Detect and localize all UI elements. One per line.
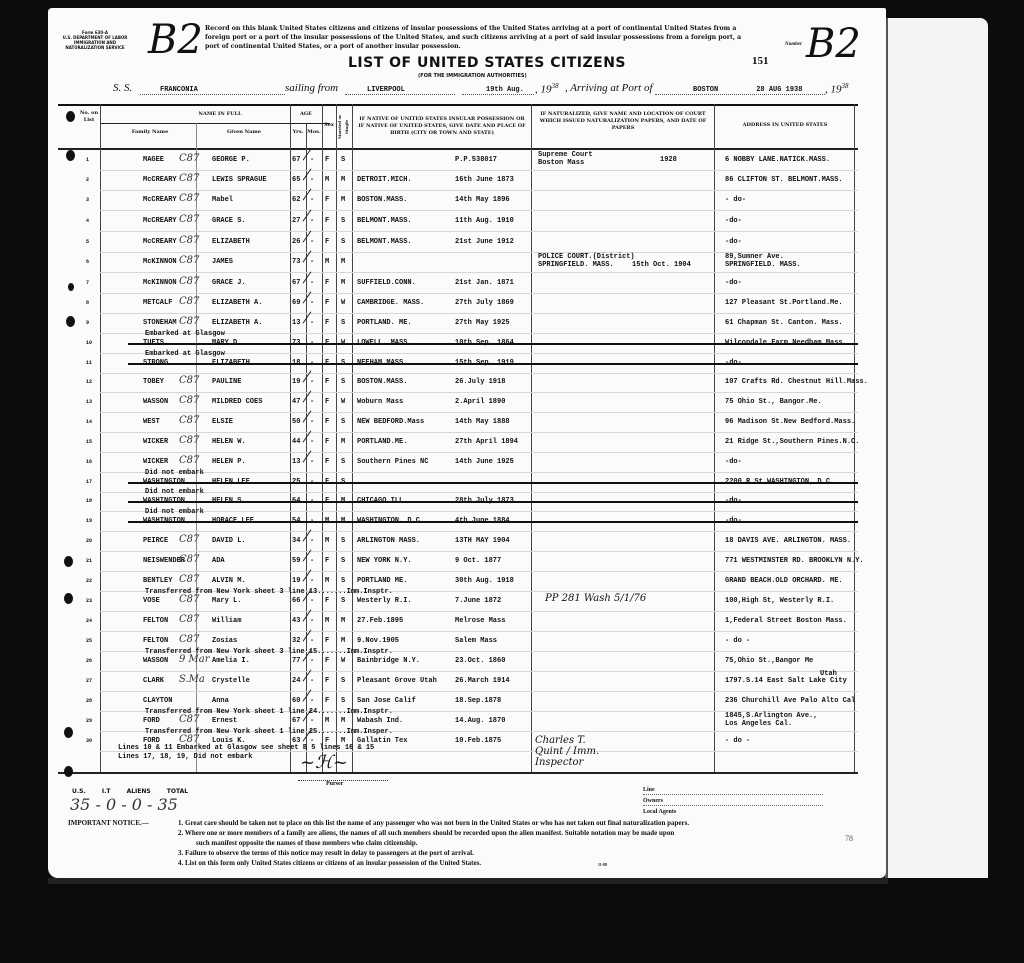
row-rule [100,170,858,171]
row-rule [100,272,858,273]
given-name: ELIZABETH [212,238,250,246]
col-header-family-name: Family Name [105,129,195,136]
age-years: 65 [292,176,300,184]
table-bottom-border [58,772,858,774]
marital-status: M [341,258,345,266]
row-rule [100,412,858,413]
sex: F [325,637,329,645]
family-name: CLARK [143,677,164,685]
arriving-label: , Arriving at Port of [565,82,653,94]
birth-date: 14th May 1888 [455,418,510,426]
sex: F [325,319,329,327]
family-name: McKINNON [143,258,177,266]
notice-item-2-cont: such manifest opposite the names of thos… [196,838,796,848]
marital-status: S [341,458,345,466]
given-name: LEWIS SPRAGUE [212,176,267,184]
line-number: 30 [86,738,92,744]
family-name: PEIRCE [143,537,168,545]
line-number: 4 [86,218,89,224]
sex: F [325,156,329,164]
marital-status: S [341,677,345,685]
col-header-married-single: Married or Single [336,108,352,146]
col-header-no: No. on List [78,110,100,124]
age-months: - [310,258,314,266]
handwritten-mark: C87 [179,554,199,565]
table-row: 21NEISWENDERC87ADA59-FSNEW YORK N.Y.9 Oc… [60,557,860,575]
line-number: 20 [86,538,92,544]
birth-date: 27th April 1894 [455,438,518,446]
handwritten-mark: C87 [179,214,199,225]
family-name: TOBEY [143,378,164,386]
line-number: 9 [86,320,89,326]
strikethrough-line [128,501,858,503]
handwritten-mark: C87 [179,173,199,184]
us-address: GRAND BEACH.OLD ORCHARD. ME. [725,577,843,585]
row-annotation: Did not embark [145,469,204,477]
line-number: 12 [86,379,92,385]
row-rule [100,313,858,314]
page-subtitle: (FOR THE IMMIGRATION AUTHORITIES) [418,73,527,79]
birth-place: San Jose Calif [357,697,416,705]
sex: F [325,677,329,685]
agency-line-3: NATURALIZATION SERVICE [60,45,130,50]
notice-item-4: 4. List on this form only United States … [178,858,778,868]
sex: F [325,238,329,246]
age-months: - [310,378,314,386]
birth-date: 16th June 1873 [455,176,514,184]
line-number: 7 [86,280,89,286]
age-months: - [310,597,314,605]
birth-date: 10.Feb.1875 [455,737,501,745]
handwritten-mark: C87 [179,435,199,446]
us-address: - do - [725,637,750,645]
sail-year: , 1938 [535,82,559,96]
age-years: 77 [292,657,300,665]
sheet-shadow [48,878,888,884]
line-number: 27 [86,678,92,684]
table-row: 14WESTC87ELSIE50-FSNEW BEDFORD.Mass14th … [60,418,860,436]
line-field: Line [643,786,823,795]
us-address: 100,High St, Westerly R.I. [725,597,834,605]
family-name: McCREARY [143,238,177,246]
sex: F [325,398,329,406]
given-name: William [212,617,241,625]
birth-date: 23.Oct. 1860 [455,657,505,665]
given-name: ELIZABETH A. [212,299,262,307]
marital-status: S [341,319,345,327]
handwritten-mark: C87 [179,634,199,645]
given-name: JAMES [212,258,233,266]
family-name: WASSON [143,398,168,406]
marital-status: M [341,637,345,645]
sex: M [325,617,329,625]
row-annotation: Embarked at Glasgow [145,350,225,358]
col-header-name: NAME IN FULL [160,111,280,118]
line-number: 2 [86,177,89,183]
age-years: 32 [292,637,300,645]
age-years: 24 [292,677,300,685]
birth-date: 7.June 1872 [455,597,501,605]
col-header-naturalized: IF NATURALIZED, GIVE NAME AND LOCATION O… [535,111,711,132]
handwritten-mark: C87 [179,153,199,164]
row-rule [100,231,858,232]
inspector-signature: Charles T. Quint / Imm. Inspector [535,735,615,768]
table-row: 19WASHINGTONHORACE LEE54-MMWASHINGTON. D… [60,517,860,535]
row-annotation: Transferred from New York sheet 3 line 1… [145,588,393,596]
naturalization-court: POLICE COURT.(District) [538,253,635,261]
family-name: CLAYTON [143,697,172,705]
form-code: 11-88 [598,862,607,867]
sex: F [325,458,329,466]
birth-place: PORTLAND. ME. [357,319,412,327]
birth-place: ARLINGTON MASS. [357,537,420,545]
age-months: - [310,697,314,705]
us-address: 18 DAVIS AVE. ARLINGTON. MASS. [725,537,851,545]
birth-place: Wabash Ind. [357,717,403,725]
row-rule [100,531,858,532]
row-annotation: Did not embark [145,508,204,516]
naturalization-date: 1928 [660,156,677,164]
handwritten-mark: C87 [179,255,199,266]
age-months: - [310,438,314,446]
family-name: MAGEE [143,156,164,164]
family-name: VOSE [143,597,160,605]
given-name: Amelia I. [212,657,250,665]
line-number: 3 [86,197,89,203]
line-number: 18 [86,498,92,504]
birth-date: 2.April 1890 [455,398,505,406]
birth-place: PORTLAND.ME. [357,438,407,446]
birth-place: Westerly R.I. [357,597,412,605]
line-number: 25 [86,638,92,644]
handwritten-mark: C87 [179,395,199,406]
strikethrough-line [128,363,858,365]
row-rule [100,492,858,493]
given-name: ALVIN M. [212,577,246,585]
line-number: 1 [86,157,89,163]
departure-port: LIVERPOOL [345,86,455,95]
line-number: 15 [86,439,92,445]
footer-note-2: Lines 17, 18, 19, Did not embark [118,753,252,761]
birth-date: 11th Aug. 1910 [455,217,514,225]
age-years: 66 [292,597,300,605]
binder-hole [66,150,75,161]
age-years: 13 [292,458,300,466]
row-rule [100,432,858,433]
naturalization-court: PP 281 Wash 5/1/76 [545,593,646,604]
us-address: 107 Crafts Rd. Chestnut Hill.Mass. [725,378,868,386]
age-months: - [310,299,314,307]
age-header-divider [276,123,324,124]
age-months: - [310,279,314,287]
footer-note-1: Lines 10 & 11 Embarked at Glasgow see sh… [118,744,374,752]
birth-place: 9.Nov.1905 [357,637,399,645]
ship-name: FRANCONIA [140,86,285,95]
line-number: 21 [86,558,92,564]
us-address: -do- [725,279,742,287]
age-months: - [310,217,314,225]
us-address: 771 WESTMINSTER RD. BROOKLYN N.Y. [725,557,864,565]
marital-status: S [341,217,345,225]
family-name: WASSON [143,657,168,665]
line-number: 17 [86,479,92,485]
age-years: 43 [292,617,300,625]
notice-heading: IMPORTANT NOTICE.— [68,818,149,828]
agency-block: Form 630-A U.S. DEPARTMENT OF LABOR IMMI… [60,30,130,50]
birth-place: 27.Feb.1895 [357,617,403,625]
age-years: 69 [292,299,300,307]
line-number: 29 [86,718,92,724]
row-annotation: Transferred from New York sheet 3 line 1… [145,648,393,656]
row-rule [100,691,858,692]
birth-place: SUFFIELD.CONN. [357,279,416,287]
birth-date: 30th Aug. 1918 [455,577,514,585]
handwritten-mark: C87 [179,455,199,466]
sailing-from-label: sailing from [285,82,338,94]
table-row: 4McCREARYC87GRACE S.27-FSBELMONT.MASS.11… [60,217,860,235]
table-row: 3McCREARYC87Mabel62-FMBOSTON.MASS.14th M… [60,196,860,214]
age-months: - [310,717,314,725]
page-title: LIST OF UNITED STATES CITIZENS [348,55,626,71]
sex: F [325,418,329,426]
handwritten-mark: C87 [179,574,199,585]
age-years: 44 [292,438,300,446]
us-address: 89,Sumner Ave. [725,253,784,261]
marital-status: M [341,717,345,725]
table-row: 15WICKERC87HELEN W.44-FMPORTLAND.ME.27th… [60,438,860,456]
us-address: - do - [725,737,750,745]
age-months: - [310,398,314,406]
line-number: 13 [86,399,92,405]
line-number: 26 [86,658,92,664]
us-address-line-2: Los Angeles Cal. [725,720,792,728]
table-row: 24FELTONC87William43-MM27.Feb.1895Melros… [60,617,860,635]
age-years: 67 [292,717,300,725]
line-number: 16 [86,459,92,465]
family-name: STONEHAM [143,319,177,327]
tally-values: 35 - 0 - 0 - 35 [70,795,178,814]
birth-date: 18.Sep.1878 [455,697,501,705]
birth-date: 9 Oct. 1877 [455,557,501,565]
birth-date: Salem Mass [455,637,497,645]
sheet-mark-left: B2 [148,18,203,62]
sex: F [325,597,329,605]
given-name: HELEN W. [212,438,246,446]
handwritten-mark: S.Ma [179,674,205,685]
sex: M [325,176,329,184]
age-months: - [310,617,314,625]
given-name: Ernest [212,717,237,725]
ss-label: S. S. [113,82,132,94]
line-number: 19 [86,518,92,524]
record-instructions: Record on this blank United States citiz… [205,24,745,51]
naturalization-court: Supreme Court [538,151,593,159]
binder-hole [64,556,73,567]
binder-hole [64,766,73,777]
given-name: Mabel [212,196,233,204]
sheet-mark-right: B2 [806,22,861,66]
age-months: - [310,537,314,545]
table-row: 7McKINNONC87GRACE J.67-FMSUFFIELD.CONN.2… [60,279,860,297]
local-agents-field: Local Agents [643,808,823,816]
birth-date: P.P.538017 [455,156,497,164]
us-address: 1845,S.Arlington Ave., [725,712,817,720]
age-years: 19 [292,577,300,585]
line-number: 11 [86,360,92,366]
us-address: 86 CLIFTON ST. BELMONT.MASS. [725,176,843,184]
us-address: 6 NOBBY LANE.NATICK.MASS. [725,156,830,164]
row-annotation: Transferred from New York sheet 1 line 2… [145,708,393,716]
line-number: 6 [86,259,89,265]
owners-field: Owners [643,797,823,806]
family-name: FORD [143,717,160,725]
age-years: 27 [292,217,300,225]
handwritten-mark: C87 [179,193,199,204]
marital-status: M [341,279,345,287]
handwritten-mark: C87 [179,415,199,426]
marital-status: S [341,557,345,565]
row-rule [100,671,858,672]
marital-status: M [341,196,345,204]
us-address: - do- [725,196,746,204]
birth-date: 14.Aug. 1870 [455,717,505,725]
sex: F [325,378,329,386]
us-address: -do- [725,217,742,225]
binder-hole [64,593,73,604]
notice-item-1: 1. Great care should be taken not to pla… [178,818,868,828]
corner-number: 78 [845,834,853,843]
family-name: WICKER [143,438,168,446]
row-rule [100,210,858,211]
birth-date: 21st June 1912 [455,238,514,246]
given-name: DAVID L. [212,537,246,545]
row-rule [100,452,858,453]
col-header-given-name: Given Name [200,129,288,136]
age-months: - [310,458,314,466]
notice-item-2: 2. Where one or more members of a family… [178,828,868,838]
age-years: 34 [292,537,300,545]
row-rule [100,571,858,572]
age-years: 47 [292,398,300,406]
family-name: FELTON [143,617,168,625]
line-number: 5 [86,239,89,245]
birth-date: 14th June 1925 [455,458,514,466]
naturalization-location: Boston Mass [538,159,584,167]
age-years: 73 [292,258,300,266]
strikethrough-line [128,521,858,523]
sex: F [325,217,329,225]
row-rule [100,392,858,393]
age-years: 19 [292,378,300,386]
table-row: 2McCREARYC87LEWIS SPRAGUE65-MMDETROIT.MI… [60,176,860,194]
row-rule [100,190,858,191]
marital-status: M [341,176,345,184]
age-months: - [310,196,314,204]
marital-status: M [341,617,345,625]
adjacent-page-strip [885,18,988,878]
sex: F [325,438,329,446]
marital-status: S [341,156,345,164]
age-years: 50 [292,418,300,426]
birth-date: 21st Jan. 1871 [455,279,514,287]
table-row: 26WASSON9 MarAmelia I.77-FWBainbridge N.… [60,657,860,675]
age-months: - [310,577,314,585]
us-address: 236 Churchill Ave Palo Alto Cal [725,697,855,705]
us-address: 96 Madison St.New Bedford.Mass. [725,418,855,426]
given-name: GRACE S. [212,217,246,225]
purser-signature: ~ℋ~ [300,752,348,773]
arrival-port-and-date: BOSTON28 AUG 1938 [655,86,825,95]
handwritten-mark: C87 [179,614,199,625]
age-months: - [310,557,314,565]
table-row: 1MAGEEC87GEORGE P.67-FSP.P.538017Supreme… [60,156,860,174]
table-row: 27CLARKS.MaCrystelle24-FSPleasant Grove … [60,677,860,695]
birth-date: 14th May 1896 [455,196,510,204]
given-name: ADA [212,557,225,565]
birth-place: BOSTON.MASS. [357,196,407,204]
arrival-year: , 1938 [825,82,849,96]
table-row: 13WASSONC87MILDRED COES47-FWWoburn Mass2… [60,398,860,416]
age-years: 67 [292,279,300,287]
row-annotation: Did not embark [145,488,204,496]
us-address: 127 Pleasant St.Portland.Me. [725,299,843,307]
line-number: 22 [86,578,92,584]
handwritten-mark: C87 [179,235,199,246]
marital-status: S [341,238,345,246]
given-name: ELIZABETH A. [212,319,262,327]
line-number: 23 [86,598,92,604]
sex: F [325,299,329,307]
birth-date: 13TH MAY 1904 [455,537,510,545]
marital-status: S [341,378,345,386]
marital-status: S [341,697,345,705]
age-years: 59 [292,557,300,565]
marital-status: M [341,438,345,446]
binder-hole [66,111,75,122]
age-months: - [310,319,314,327]
marital-status: W [341,299,345,307]
age-months: - [310,637,314,645]
col-header-address: ADDRESS IN UNITED STATES [718,122,852,129]
age-months: - [310,677,314,685]
birth-place: Pleasant Grove Utah [357,677,437,685]
birth-place: Southern Pines NC [357,458,428,466]
family-name: FELTON [143,637,168,645]
col-header-mos: Mos. [306,129,322,136]
family-name: McCREARY [143,217,177,225]
sex: M [325,537,329,545]
family-name: WICKER [143,458,168,466]
naturalization-date: 15th Oct. 1904 [632,261,691,269]
col-header-sex: Sex [322,122,336,129]
given-name: MILDRED COES [212,398,262,406]
strikethrough-line [128,343,858,345]
birth-place: DETROIT.MICH. [357,176,412,184]
given-name: HELEN P. [212,458,246,466]
line-number: 10 [86,340,92,346]
age-years: 13 [292,319,300,327]
header-bottom-border [58,148,858,150]
table-row: 8METCALFC87ELIZABETH A.69-FWCAMBRIDGE. M… [60,299,860,317]
row-rule [100,551,858,552]
birth-date: 27th July 1869 [455,299,514,307]
handwritten-mark: C87 [179,276,199,287]
us-address: 1,Federal Street Boston Mass. [725,617,847,625]
given-name: Anna [212,697,229,705]
family-name: McCREARY [143,196,177,204]
age-months: - [310,156,314,164]
row-rule [100,631,858,632]
